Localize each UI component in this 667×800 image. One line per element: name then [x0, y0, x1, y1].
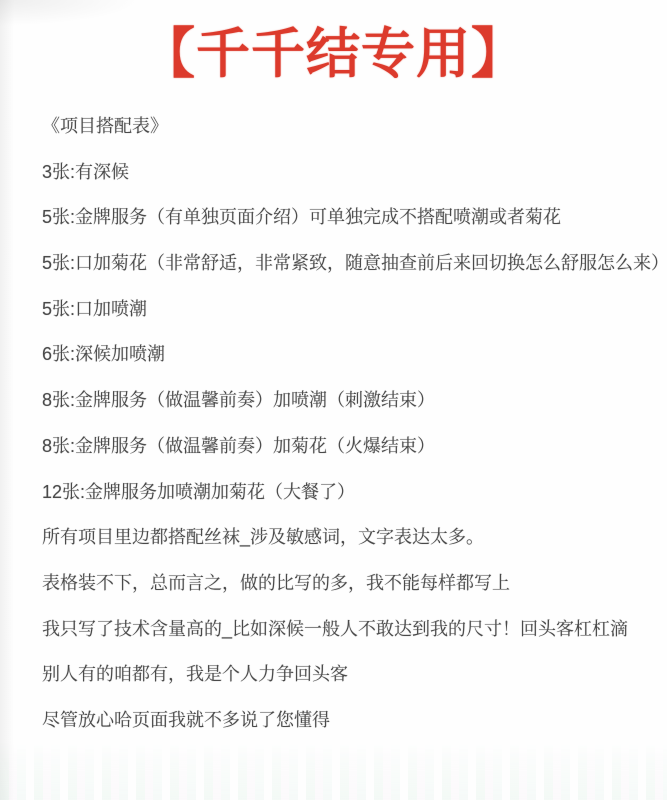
- list-item: 6张:深候加喷潮: [42, 332, 667, 378]
- note-line: 尽管放心哈页面我就不多说了您懂得: [42, 698, 667, 744]
- list-item: 3张:有深候: [42, 150, 667, 196]
- doc-heading-line: 《项目搭配表》: [42, 104, 667, 150]
- list-item: 5张:口加喷潮: [42, 287, 667, 333]
- list-item: 8张:金牌服务（做温馨前奏）加喷潮（刺激结束）: [42, 378, 667, 424]
- list-item: 8张:金牌服务（做温馨前奏）加菊花（火爆结束）: [42, 424, 667, 470]
- list-item: 5张:口加菊花（非常舒适，非常紧致，随意抽查前后来回切换怎么舒服怎么来）: [42, 241, 667, 287]
- note-line: 别人有的咱都有，我是个人力争回头客: [42, 652, 667, 698]
- list-item: 5张:金牌服务（有单独页面介绍）可单独完成不搭配喷潮或者菊花: [42, 195, 667, 241]
- note-line: 所有项目里边都搭配丝袜_涉及敏感词，文字表达太多。: [42, 515, 667, 561]
- photo-artifact-left-edge: [0, 0, 14, 800]
- note-body: 《项目搭配表》 3张:有深候 5张:金牌服务（有单独页面介绍）可单独完成不搭配喷…: [42, 104, 667, 744]
- note-line: 我只写了技术含量高的_比如深候一般人不敢达到我的尺寸！回头客杠杠滴: [42, 607, 667, 653]
- photo-artifact-bottom-band: [0, 742, 667, 800]
- page-title: 【千千结专用】: [0, 14, 667, 94]
- list-item: 12张:金牌服务加喷潮加菊花（大餐了）: [42, 470, 667, 516]
- note-line: 表格装不下，总而言之，做的比写的多，我不能每样都写上: [42, 561, 667, 607]
- note-page: 【千千结专用】 《项目搭配表》 3张:有深候 5张:金牌服务（有单独页面介绍）可…: [0, 0, 667, 800]
